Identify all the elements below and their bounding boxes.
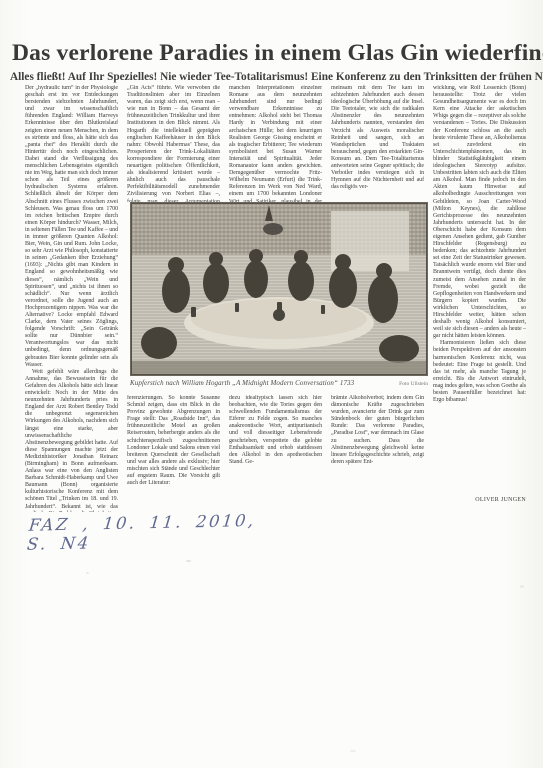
figure-caption: Kupferstich nach William Hogarth „A Midn… xyxy=(130,379,395,387)
scan-artifact xyxy=(350,750,356,752)
body-paragraph: dezu idealtypisch lassen sich hier beoba… xyxy=(229,395,322,466)
body-paragraph: Harmonisieren ließen sich diese beiden P… xyxy=(433,340,526,404)
scan-artifact xyxy=(520,585,524,588)
body-paragraph: Der „hydraulic turn“ in der Physiologie … xyxy=(25,85,118,369)
scan-artifact xyxy=(186,560,191,562)
hogarth-engraving-image xyxy=(130,202,428,376)
photo-credit: Foto Ullstein xyxy=(399,381,428,387)
body-paragraph: Weit gefehlt wäre allerdings die Annahme… xyxy=(25,369,118,512)
column-5: wicklung, wie Rolf Lessenich (Bonn) hera… xyxy=(433,85,526,515)
body-paragraph: brämte Alkoholverbot; indem dem Gin dämo… xyxy=(331,395,424,466)
body-paragraph: meinsam mit dem Tee kam im achtzehnten J… xyxy=(331,85,424,191)
author-byline: OLIVER JUNGEN xyxy=(433,497,526,505)
column-1: Der „hydraulic turn“ in der Physiologie … xyxy=(25,85,118,515)
scanned-newspaper-page: Das verlorene Paradies in einem Glas Gin… xyxy=(0,0,543,768)
body-paragraph: „Gin Acts“ führte. Wie verwoben die Trad… xyxy=(127,85,220,202)
body-paragraph: manchen Interpretationen einzelner Roman… xyxy=(229,85,322,202)
handwritten-source-note: FAZ , 10. 11. 2010, S. N4 xyxy=(26,510,290,554)
body-paragraph: ferenzierungen. So konnte Susanne Schmid… xyxy=(127,395,220,487)
article-subheadline: Alles fließt! Auf Ihr Spezielles! Nie wi… xyxy=(10,71,533,83)
scan-artifact xyxy=(86,572,89,574)
body-paragraph: wicklung, wie Rolf Lessenich (Bonn) hera… xyxy=(433,85,526,340)
article-figure: Kupferstich nach William Hogarth „A Midn… xyxy=(130,202,428,387)
article-headline: Das verlorene Paradies in einem Glas Gin… xyxy=(12,40,531,67)
